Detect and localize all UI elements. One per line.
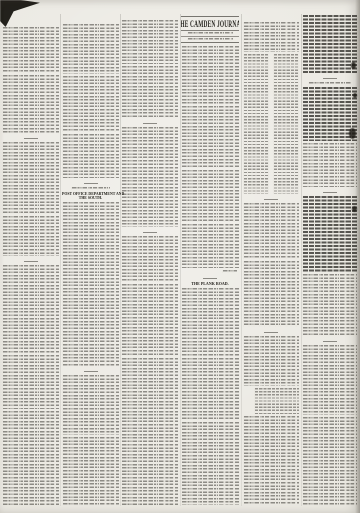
- article-text-block: [121, 358, 178, 442]
- article-text-block: [243, 22, 299, 52]
- heading-line: THE PLANK ROAD.: [181, 282, 239, 287]
- article-text-block: [2, 477, 59, 505]
- section-separator: [203, 278, 217, 279]
- section-separator: [143, 123, 157, 124]
- section-separator: [264, 332, 278, 333]
- names-subcolumn: [273, 54, 299, 194]
- article-text-block: [181, 106, 239, 168]
- article-text-block: [243, 203, 299, 259]
- section-separator: [24, 261, 38, 262]
- signature-line: [222, 270, 237, 273]
- masthead-title-text: THE CAMDEN JOURNAL: [181, 19, 239, 29]
- article-text-block: [243, 261, 299, 327]
- section-separator: [143, 232, 157, 233]
- article-text-block: [181, 358, 239, 420]
- article-text-block: [121, 20, 178, 64]
- advertisement-block: [302, 15, 357, 73]
- article-text-block: [181, 46, 239, 104]
- article-text-block: [181, 224, 239, 268]
- section-separator: [264, 199, 278, 200]
- section-separator: [84, 183, 98, 184]
- column-6: [302, 15, 357, 505]
- article-text-block: [181, 422, 239, 505]
- page-fold-mark: [0, 0, 40, 27]
- dateline-text: [187, 32, 233, 35]
- article-text-block: [62, 76, 119, 132]
- figures-table: [254, 388, 299, 414]
- article-text-block: [302, 345, 357, 415]
- article-text-block: [2, 355, 59, 409]
- article-text-block: [121, 236, 178, 282]
- advertisement-block: [302, 196, 357, 272]
- section-separator: [24, 138, 38, 139]
- article-text-block: [62, 375, 119, 435]
- names-list: [243, 54, 299, 194]
- article-text-block: [302, 274, 357, 336]
- article-text-block: [181, 170, 239, 222]
- article-text-block: [121, 127, 178, 165]
- heading-plank-road: THE PLANK ROAD.: [181, 282, 239, 287]
- newspaper-page: POST OFFICE DEPARTMENT AND THE SOUTH. TH…: [0, 0, 360, 513]
- masthead: THE CAMDEN JOURNAL: [181, 16, 239, 43]
- article-text-block: [2, 27, 59, 73]
- article-text-block: [243, 416, 299, 505]
- publisher-text: [187, 38, 233, 41]
- names-subcolumn: [243, 54, 269, 194]
- article-text-block: [121, 444, 178, 505]
- article-text-block: [62, 437, 119, 505]
- article-text-block: [2, 411, 59, 475]
- heading-post-office: POST OFFICE DEPARTMENT AND THE SOUTH.: [62, 192, 119, 201]
- article-text-block: [2, 265, 59, 353]
- column-divider: [241, 14, 242, 506]
- masthead-title: THE CAMDEN JOURNAL: [181, 17, 239, 31]
- section-separator: [323, 192, 337, 193]
- article-text-block: [62, 278, 119, 366]
- column-3: [121, 20, 178, 505]
- article-text-block: [62, 134, 119, 178]
- article-text-block: [2, 75, 59, 133]
- heading-line: THE SOUTH.: [62, 196, 119, 200]
- page-edge-shadow: [355, 0, 360, 513]
- column-5: [243, 22, 299, 505]
- article-text-block: [121, 284, 178, 356]
- article-text-block: [2, 142, 59, 214]
- article-text-block: [302, 417, 357, 506]
- column-1: [2, 27, 59, 505]
- article-text-block: [2, 216, 59, 256]
- article-text-block: [121, 167, 178, 227]
- column-2: POST OFFICE DEPARTMENT AND THE SOUTH.: [62, 24, 119, 505]
- ad-heading-line: [308, 82, 351, 85]
- section-separator: [323, 341, 337, 342]
- article-source-line: [71, 187, 111, 190]
- article-text-block: [62, 24, 119, 74]
- section-separator: [84, 371, 98, 372]
- article-text-block: [62, 202, 119, 276]
- article-text-block: [302, 143, 357, 187]
- section-separator: [323, 78, 337, 79]
- article-text-block: [121, 66, 178, 118]
- column-divider: [60, 14, 61, 506]
- masthead-publisher-line: [181, 36, 239, 42]
- article-text-block: [181, 288, 239, 356]
- column-4: THE CAMDEN JOURNAL THE PLANK ROAD.: [181, 16, 239, 505]
- article-text-block: [243, 336, 299, 386]
